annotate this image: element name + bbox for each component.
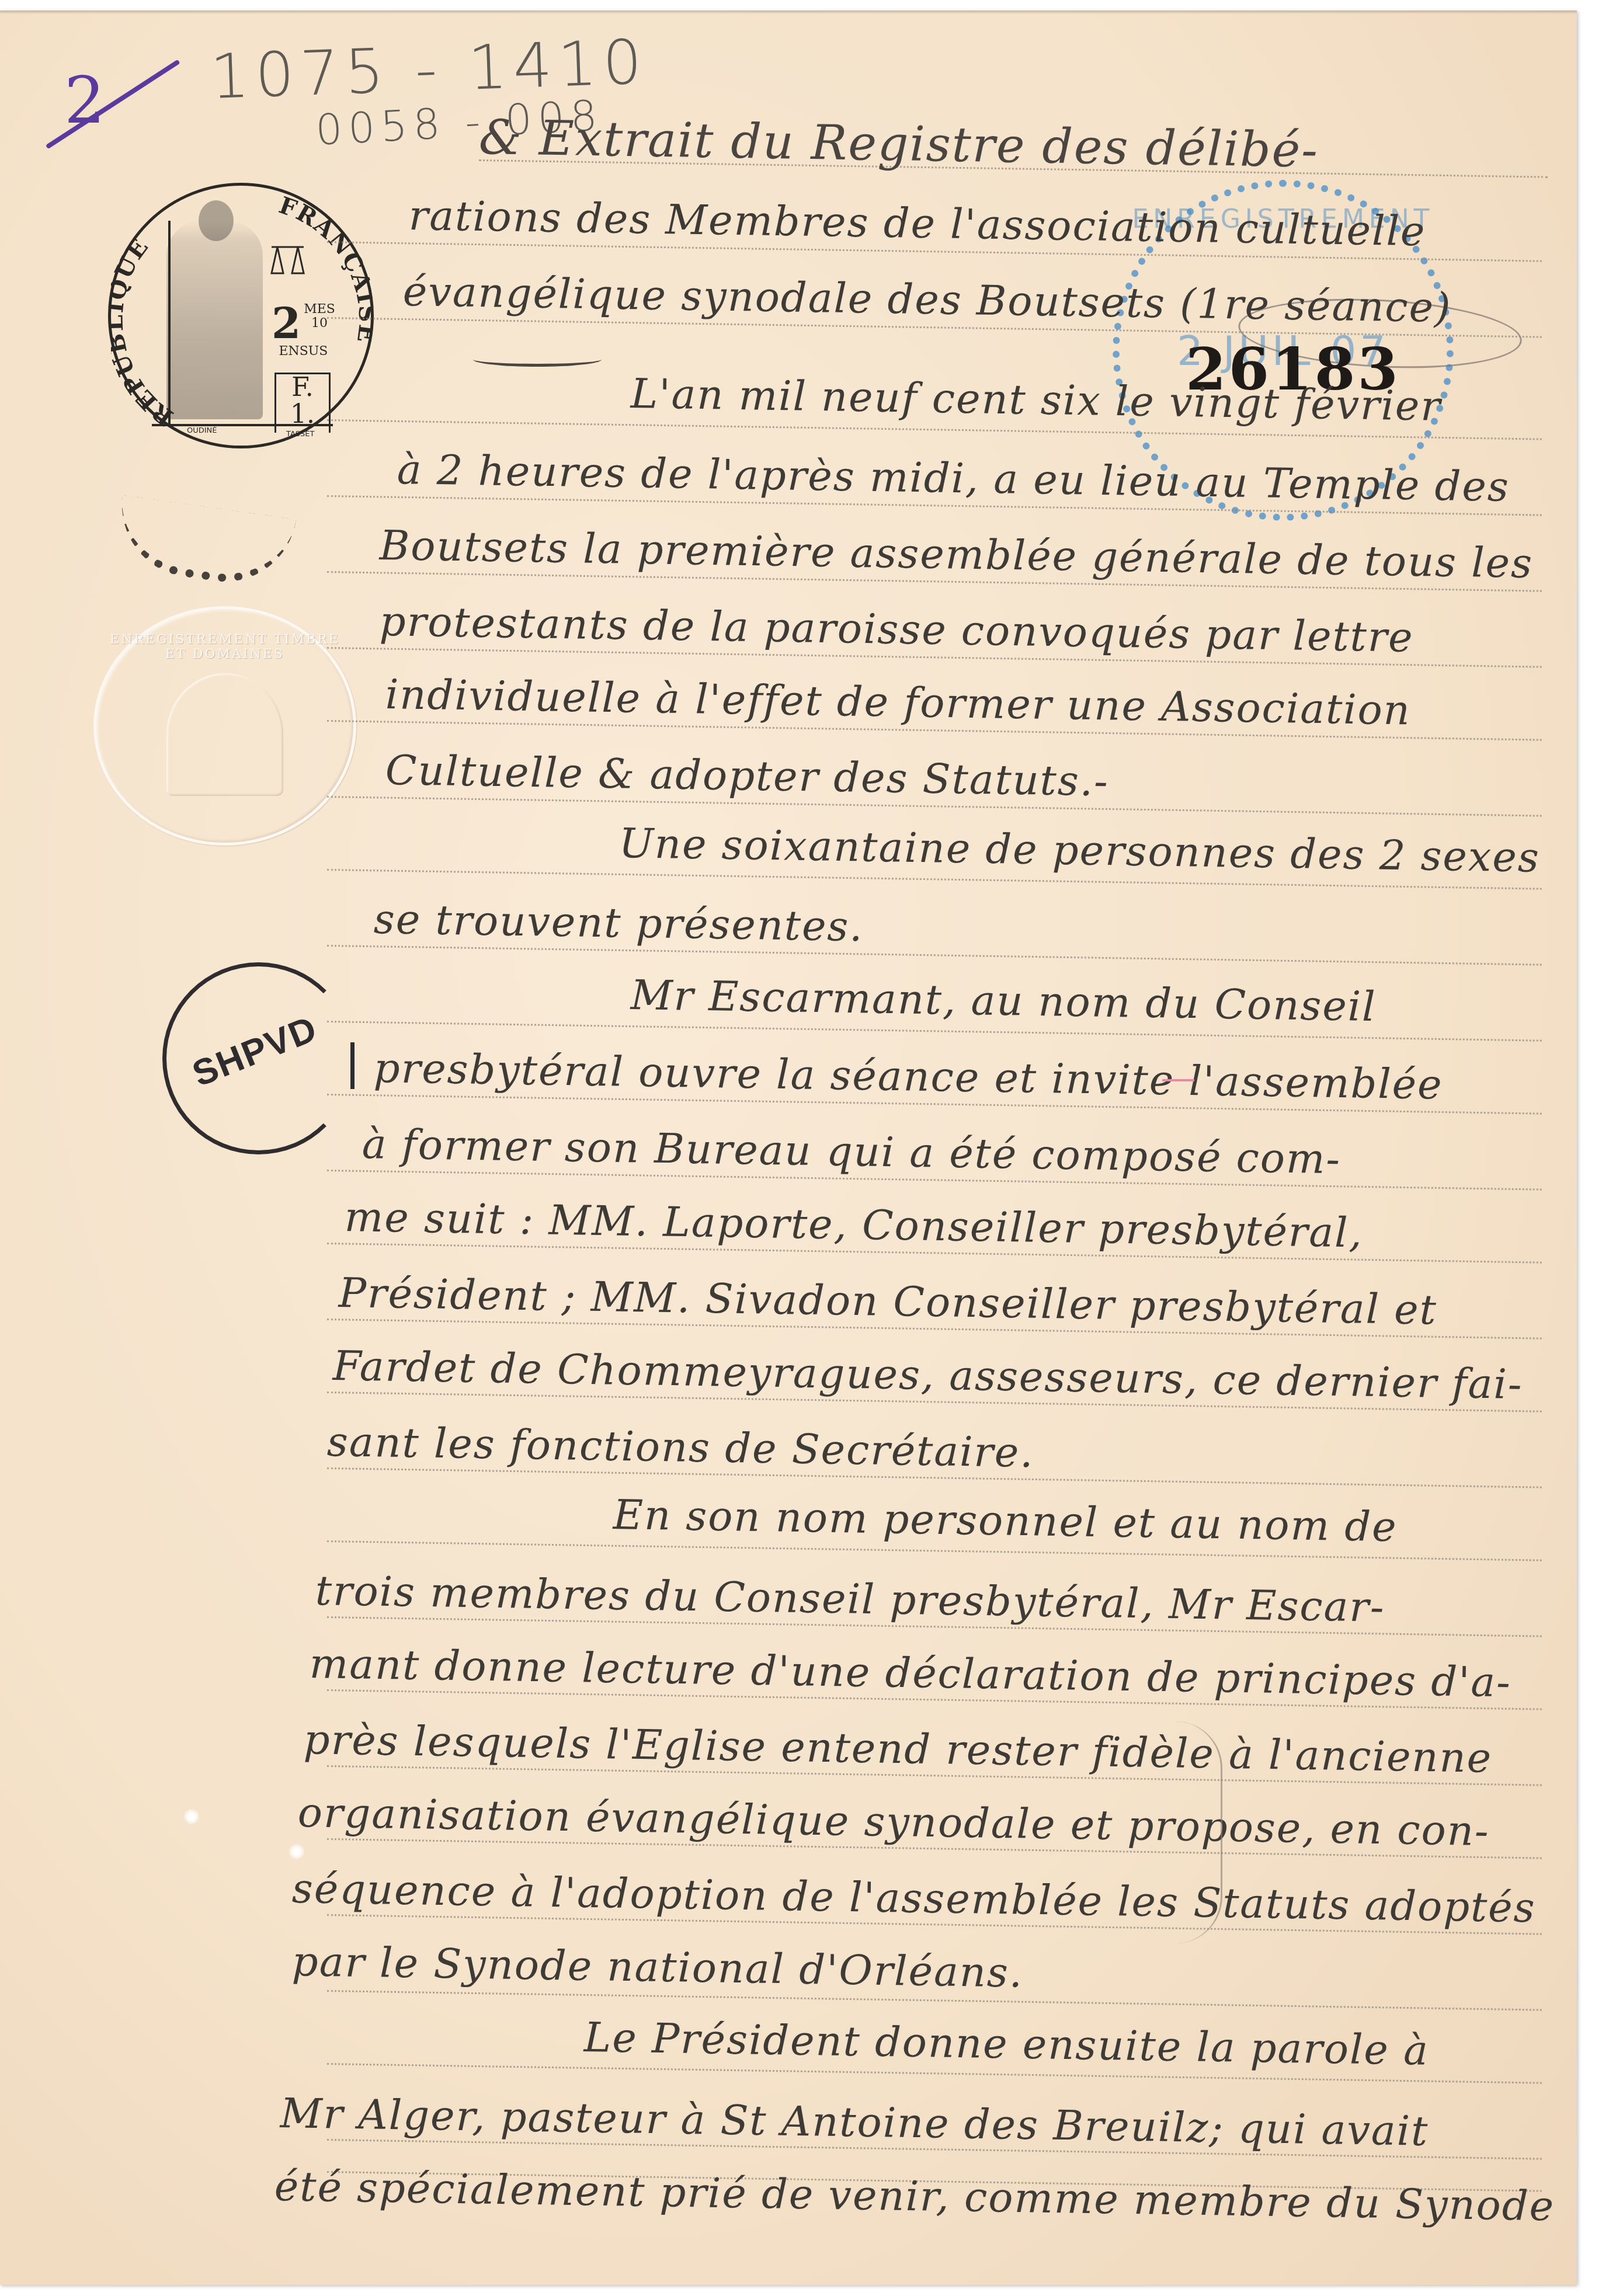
body-line: par le Synode national d'Orléans. xyxy=(291,1937,1023,1997)
body-line: été spécialement prié de venir, comme me… xyxy=(274,2162,1555,2230)
body-line: me suit : MM. Laporte, Conseiller presby… xyxy=(344,1193,1363,1257)
denomination-letter: F. xyxy=(276,374,329,401)
body-line: Une soixantaine de personnes des 2 sexes xyxy=(618,819,1540,882)
body-line: Cultuelle & adopter des Statuts.- xyxy=(385,746,1109,805)
decorative-flourish xyxy=(473,352,602,367)
body-line: En son nom personnel et au nom de xyxy=(613,1491,1398,1551)
embossed-seal-legend: ENREGISTREMENT TIMBRE ET DOMAINES xyxy=(96,632,353,662)
body-line: presbytéral ouvre la séance et invite l'… xyxy=(373,1044,1443,1109)
engraver-right: TASSET xyxy=(286,430,314,439)
document-page: 1075 - 1410 0058 - 008 2 REPUBLIQUE FRAN… xyxy=(0,11,1577,2285)
fiscal-suffix-bottom: ENSUS xyxy=(272,345,335,359)
body-line: sant les fonctions de Secrétaire. xyxy=(326,1418,1034,1477)
pinhole xyxy=(289,1844,304,1859)
document-title-line-1: & Extrait du Registre des délibé- xyxy=(478,110,1319,179)
body-line: organisation évangélique synodale et pro… xyxy=(297,1789,1490,1855)
body-line: Président ; MM. Sivadon Conseiller presb… xyxy=(338,1269,1437,1334)
fiscal-denomination-box: F. 1. xyxy=(274,373,331,433)
body-line: Mr Escarmant, au nom du Conseil xyxy=(630,971,1377,1031)
seated-figure-icon xyxy=(166,673,283,796)
engraver-left: OUDINÉ xyxy=(187,426,217,435)
pencil-bracket-mark xyxy=(1174,1721,1222,1943)
body-line: séquence à l'adoption de l'assemblée les… xyxy=(291,1864,1536,1932)
body-line: Boutsets la première assemblée générale … xyxy=(379,521,1533,587)
body-line: près lesquels l'Eglise entend rester fid… xyxy=(303,1716,1492,1782)
body-line: Le Président donne ensuite la parole à xyxy=(583,2013,1429,2075)
fiscal-value-main: 2 xyxy=(272,298,301,348)
fiscal-suffix-top: MES xyxy=(304,302,335,316)
fiscal-stamp-republique-francaise: REPUBLIQUE FRANÇAISE 2 MES 10 ENSUS F. 1… xyxy=(108,183,374,448)
body-line: Mr Alger, pasteur à St Antoine des Breui… xyxy=(280,2089,1429,2155)
body-line: se trouvent présentes. xyxy=(373,895,864,951)
pink-ink-mark xyxy=(1162,1079,1194,1081)
shpvd-stamp-text: SHPVD xyxy=(187,1008,324,1095)
ruled-line xyxy=(327,945,1542,966)
denomination-value: 1. xyxy=(276,401,329,428)
pinhole xyxy=(184,1809,199,1824)
liberty-figure-icon xyxy=(166,221,263,419)
shpvd-collection-stamp: SHPVD xyxy=(162,962,355,1154)
embossed-dry-seal: ENREGISTREMENT TIMBRE ET DOMAINES xyxy=(93,606,356,846)
partial-black-postmark xyxy=(113,495,296,592)
fiscal-value: 2 MES 10 ENSUS xyxy=(272,302,335,359)
body-line: trois membres du Conseil presbytéral, Mr… xyxy=(315,1567,1385,1631)
violet-page-number: 2 xyxy=(64,63,105,138)
body-line: mant donne lecture d'une déclaration de … xyxy=(309,1640,1511,1706)
body-line: Fardet de Chommeyragues, assesseurs, ce … xyxy=(332,1342,1523,1408)
